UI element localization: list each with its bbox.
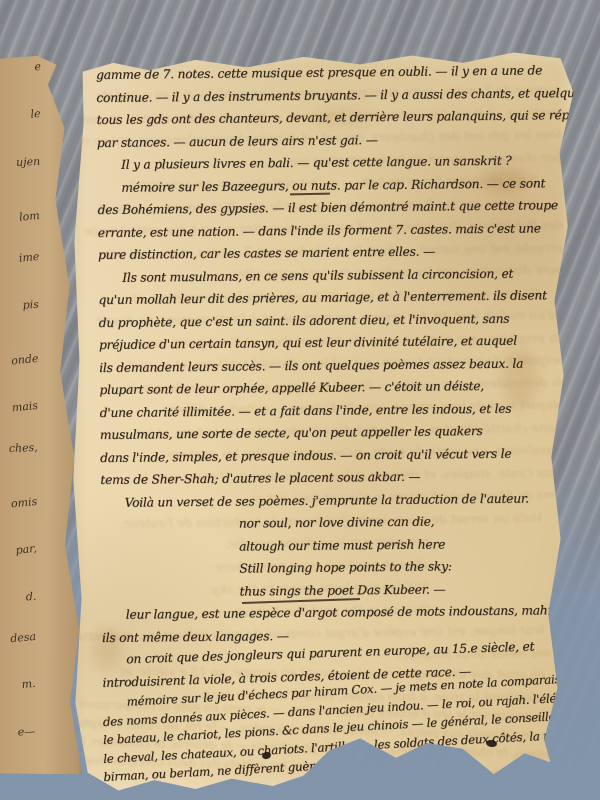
manuscript-lines: gamme de 7. notes. cette musique est pre… <box>96 59 580 786</box>
left-page-fragment: par, <box>0 542 37 559</box>
left-page-fragment: e <box>0 60 41 77</box>
left-page-fragment: ujen <box>0 155 40 170</box>
left-page-fragment: omis <box>0 495 38 512</box>
left-page-fragment: lom <box>0 209 40 226</box>
left-page-fragment: ches, <box>0 441 38 456</box>
left-page-fragment: ime <box>0 250 40 267</box>
manuscript-page: gamme de 7. notes. cette musique est pre… <box>62 48 576 792</box>
photo-background: eleujenlomimepisondemaisches,omispar,d.d… <box>0 0 600 800</box>
left-page-fragment: m. <box>0 677 36 694</box>
left-page-fragment: desa <box>0 630 37 647</box>
left-page-fragments: eleujenlomimepisondemaisches,omispar,d.d… <box>0 62 41 781</box>
left-page-fragment: d. <box>0 590 37 605</box>
left-page-fragment: e— <box>0 725 35 740</box>
left-page-fragment: le <box>0 107 41 124</box>
left-page-fragment: pis <box>0 298 39 313</box>
left-page-fragment: mais <box>0 399 39 416</box>
left-page-fragment: onde <box>0 352 39 369</box>
